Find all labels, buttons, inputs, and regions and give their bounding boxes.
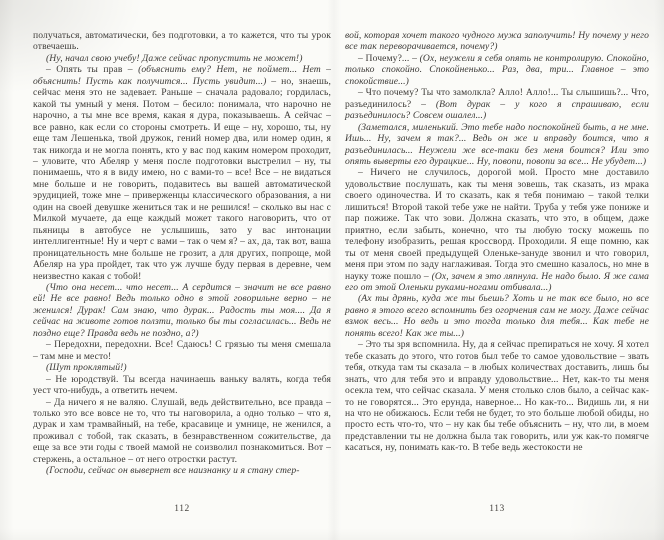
text-run: получаться, автоматически, без подготовк… xyxy=(33,30,331,52)
text-run: – но, знаешь, сейчас меня это не задевае… xyxy=(33,76,331,282)
paragraph: (Господи, сейчас он вывернет все наизнан… xyxy=(33,465,331,476)
paragraph: вой, которая хочет такого чудного мужа з… xyxy=(345,30,649,53)
paragraph: – Да ничего я не валяю. Слушай, ведь дей… xyxy=(33,397,331,466)
paragraph: – Ничего не случилось, дорогой мой. Прос… xyxy=(345,167,649,293)
paragraph: (Ах ты дрянь, куда же ты бьешь? Хоть и н… xyxy=(345,293,649,339)
paragraph: – Передохни, передохни. Все! Сдаюсь! С г… xyxy=(33,339,331,362)
page-text-left: получаться, автоматически, без подготовк… xyxy=(33,30,331,477)
text-run: – Да ничего я не валяю. Слушай, ведь дей… xyxy=(33,397,331,465)
page-number-left: 112 xyxy=(33,504,331,514)
paragraph: получаться, автоматически, без подготовк… xyxy=(33,30,331,53)
paragraph: – Почему?... – (Ох, неужели я себя опять… xyxy=(345,53,649,87)
italic-text-run: (Ну, начал свою учебу! Даже сейчас пропу… xyxy=(46,53,303,64)
paragraph: – Не юродствуй. Ты всегда начинаешь вань… xyxy=(33,374,331,397)
paragraph: (Шут проклятый!) xyxy=(33,362,331,373)
text-run: – Почему?... – xyxy=(358,53,420,64)
italic-text-run: вой, которая хочет такого чудного мужа з… xyxy=(345,30,649,52)
book-page-left: получаться, автоматически, без подготовк… xyxy=(0,0,332,540)
text-run: – Ничего не случилось, дорогой мой. Прос… xyxy=(345,167,649,281)
italic-text-run: (Шут проклятый!) xyxy=(46,362,127,373)
text-run: – Не юродствуй. Ты всегда начинаешь вань… xyxy=(33,374,331,396)
book-page-right: вой, которая хочет такого чудного мужа з… xyxy=(332,0,664,540)
text-run: – Это ты зря вспомнила. Ну, да я сейчас … xyxy=(345,339,649,453)
text-run: – Опять ты прав – xyxy=(46,64,138,75)
paragraph: (Ну, начал свою учебу! Даже сейчас пропу… xyxy=(33,53,331,64)
italic-text-run: (Заметался, миленький. Это тебе надо пос… xyxy=(345,122,649,167)
text-run: – Передохни, передохни. Все! Сдаюсь! С г… xyxy=(33,339,331,361)
italic-text-run: (Ах ты дрянь, куда же ты бьешь? Хоть и н… xyxy=(345,293,649,338)
paragraph: (Заметался, миленький. Это тебе надо пос… xyxy=(345,122,649,168)
book-spread: получаться, автоматически, без подготовк… xyxy=(0,0,664,540)
paragraph: (Что она несет... что несет... А сердитс… xyxy=(33,282,331,339)
paragraph: – Что почему? Ты что замолкла? Алло! Алл… xyxy=(345,87,649,121)
page-number-right: 113 xyxy=(345,504,649,514)
paragraph: – Опять ты прав – (объяснить ему? Нет, н… xyxy=(33,64,331,282)
page-text-right: вой, которая хочет такого чудного мужа з… xyxy=(345,30,649,454)
italic-text-run: (Что она несет... что несет... А сердитс… xyxy=(33,282,331,339)
paragraph: – Это ты зря вспомнила. Ну, да я сейчас … xyxy=(345,339,649,454)
italic-text-run: (Господи, сейчас он вывернет все наизнан… xyxy=(46,465,300,476)
